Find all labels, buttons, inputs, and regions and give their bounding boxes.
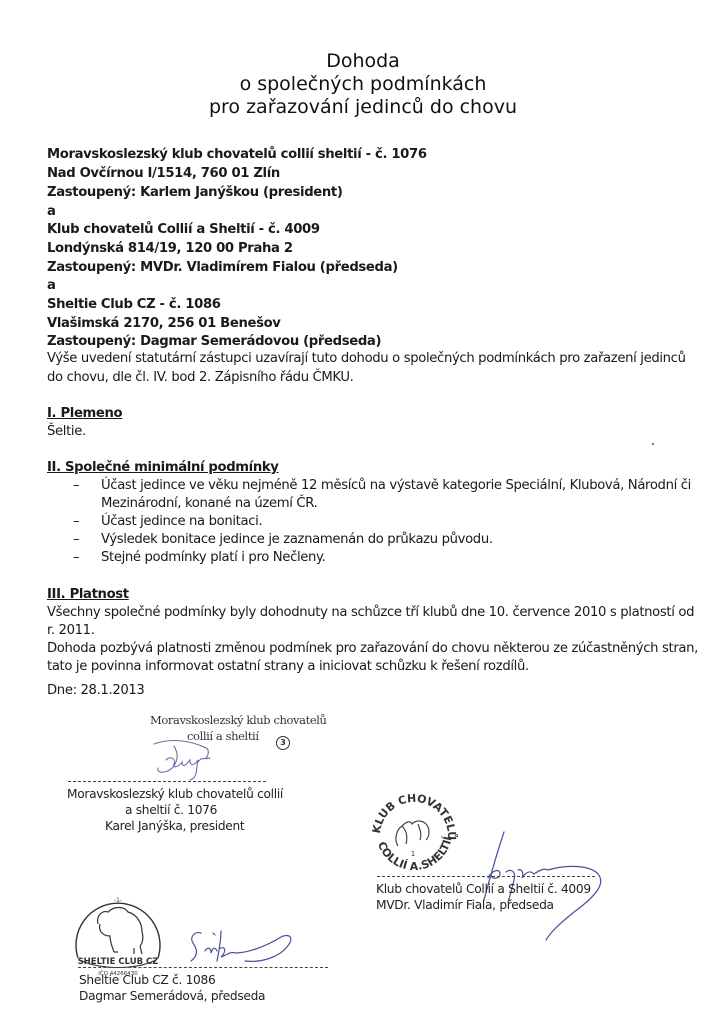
bullet-dash: –: [73, 530, 79, 549]
document-title-line-3: pro zařazování jedinců do chovu: [0, 96, 726, 119]
signature-caption: Moravskoslezský klub chovatelů collií: [67, 786, 283, 802]
party-3-address: Vlašimská 2170, 256 01 Benešov: [47, 314, 281, 333]
bullet-dash: –: [73, 512, 79, 531]
signature-caption: Dagmar Semerádová, předseda: [79, 988, 265, 1004]
party-1-address: Nad Ovčírnou I/1514, 760 01 Zlín: [47, 164, 280, 183]
condition-text: Mezinárodní, konané na území ČR.: [101, 494, 317, 513]
condition-text: Účast jedince na bonitaci.: [101, 512, 262, 531]
section-breed-text: Šeltie.: [47, 422, 86, 441]
intro-line-1: Výše uvedení statutární zástupci uzavíra…: [47, 349, 686, 368]
svg-text:1: 1: [411, 850, 415, 858]
conjunction: a: [47, 276, 56, 295]
party-1-name: Moravskoslezský klub chovatelů collií sh…: [47, 145, 427, 164]
condition-text: Výsledek bonitace jedince je zaznamenán …: [101, 530, 493, 549]
signature-caption: Sheltie Club CZ č. 1086: [79, 972, 215, 988]
validity-line: r. 2011.: [47, 621, 95, 640]
section-validity-heading: III. Platnost: [47, 585, 129, 604]
document-title-line-2: o společných podmínkách: [0, 73, 726, 96]
date-line: Dne: 28.1.2013: [47, 681, 144, 700]
party-3-name: Sheltie Club CZ - č. 1086: [47, 295, 221, 314]
signature-caption: Karel Janýška, president: [105, 818, 244, 834]
party-2-represented: Zastoupený: MVDr. Vladimírem Fialou (pře…: [47, 258, 398, 277]
bullet-dash: –: [73, 476, 79, 495]
validity-line: Všechny společné podmínky byly dohodnuty…: [47, 603, 694, 622]
signature-caption: MVDr. Vladimír Fiala, předseda: [376, 897, 554, 913]
scan-speck: [652, 443, 654, 445]
party-2-name: Klub chovatelů Collií a Sheltií - č. 400…: [47, 220, 320, 239]
validity-line: Dohoda pozbývá platnosti změnou podmínek…: [47, 639, 698, 658]
signature-janyska: [110, 738, 260, 783]
svg-text:KLUB CHOVATELŮ: KLUB CHOVATELŮ: [370, 792, 458, 840]
signature-caption: a sheltií č. 1076: [125, 802, 217, 818]
condition-text: Stejné podmínky platí i pro Nečleny.: [101, 548, 325, 567]
signature-line: [78, 967, 328, 968]
signature-line: [68, 781, 266, 782]
signature-line: [377, 876, 595, 877]
signature-caption: Klub chovatelů Collií a Sheltií č. 4009: [376, 881, 591, 897]
validity-line: tato je povinna informovat ostatní stran…: [47, 657, 529, 676]
stamp-number-circle: 3: [276, 736, 290, 750]
conjunction: a: [47, 202, 56, 221]
section-conditions-heading: II. Společné minimální podmínky: [47, 458, 279, 477]
document-title-line-1: Dohoda: [0, 50, 726, 73]
svg-text:-1-: -1-: [114, 897, 122, 904]
svg-text:SHELTIE CLUB CZ: SHELTIE CLUB CZ: [78, 957, 159, 967]
club-stamp-icon: KLUB CHOVATELŮ COLLIÍ A.SHELTIÍ 1: [366, 784, 462, 880]
party-1-represented: Zastoupený: Karlem Janýškou (president): [47, 183, 343, 202]
condition-text: Účast jedince ve věku nejméně 12 měsíců …: [101, 476, 691, 495]
stamp-line: Moravskoslezský klub chovatelů: [150, 712, 327, 728]
bullet-dash: –: [73, 548, 79, 567]
intro-line-2: do chovu, dle čl. IV. bod 2. Zápisního ř…: [47, 368, 354, 387]
party-2-address: Londýnská 814/19, 120 00 Praha 2: [47, 239, 293, 258]
section-breed-heading: I. Plemeno: [47, 404, 122, 423]
